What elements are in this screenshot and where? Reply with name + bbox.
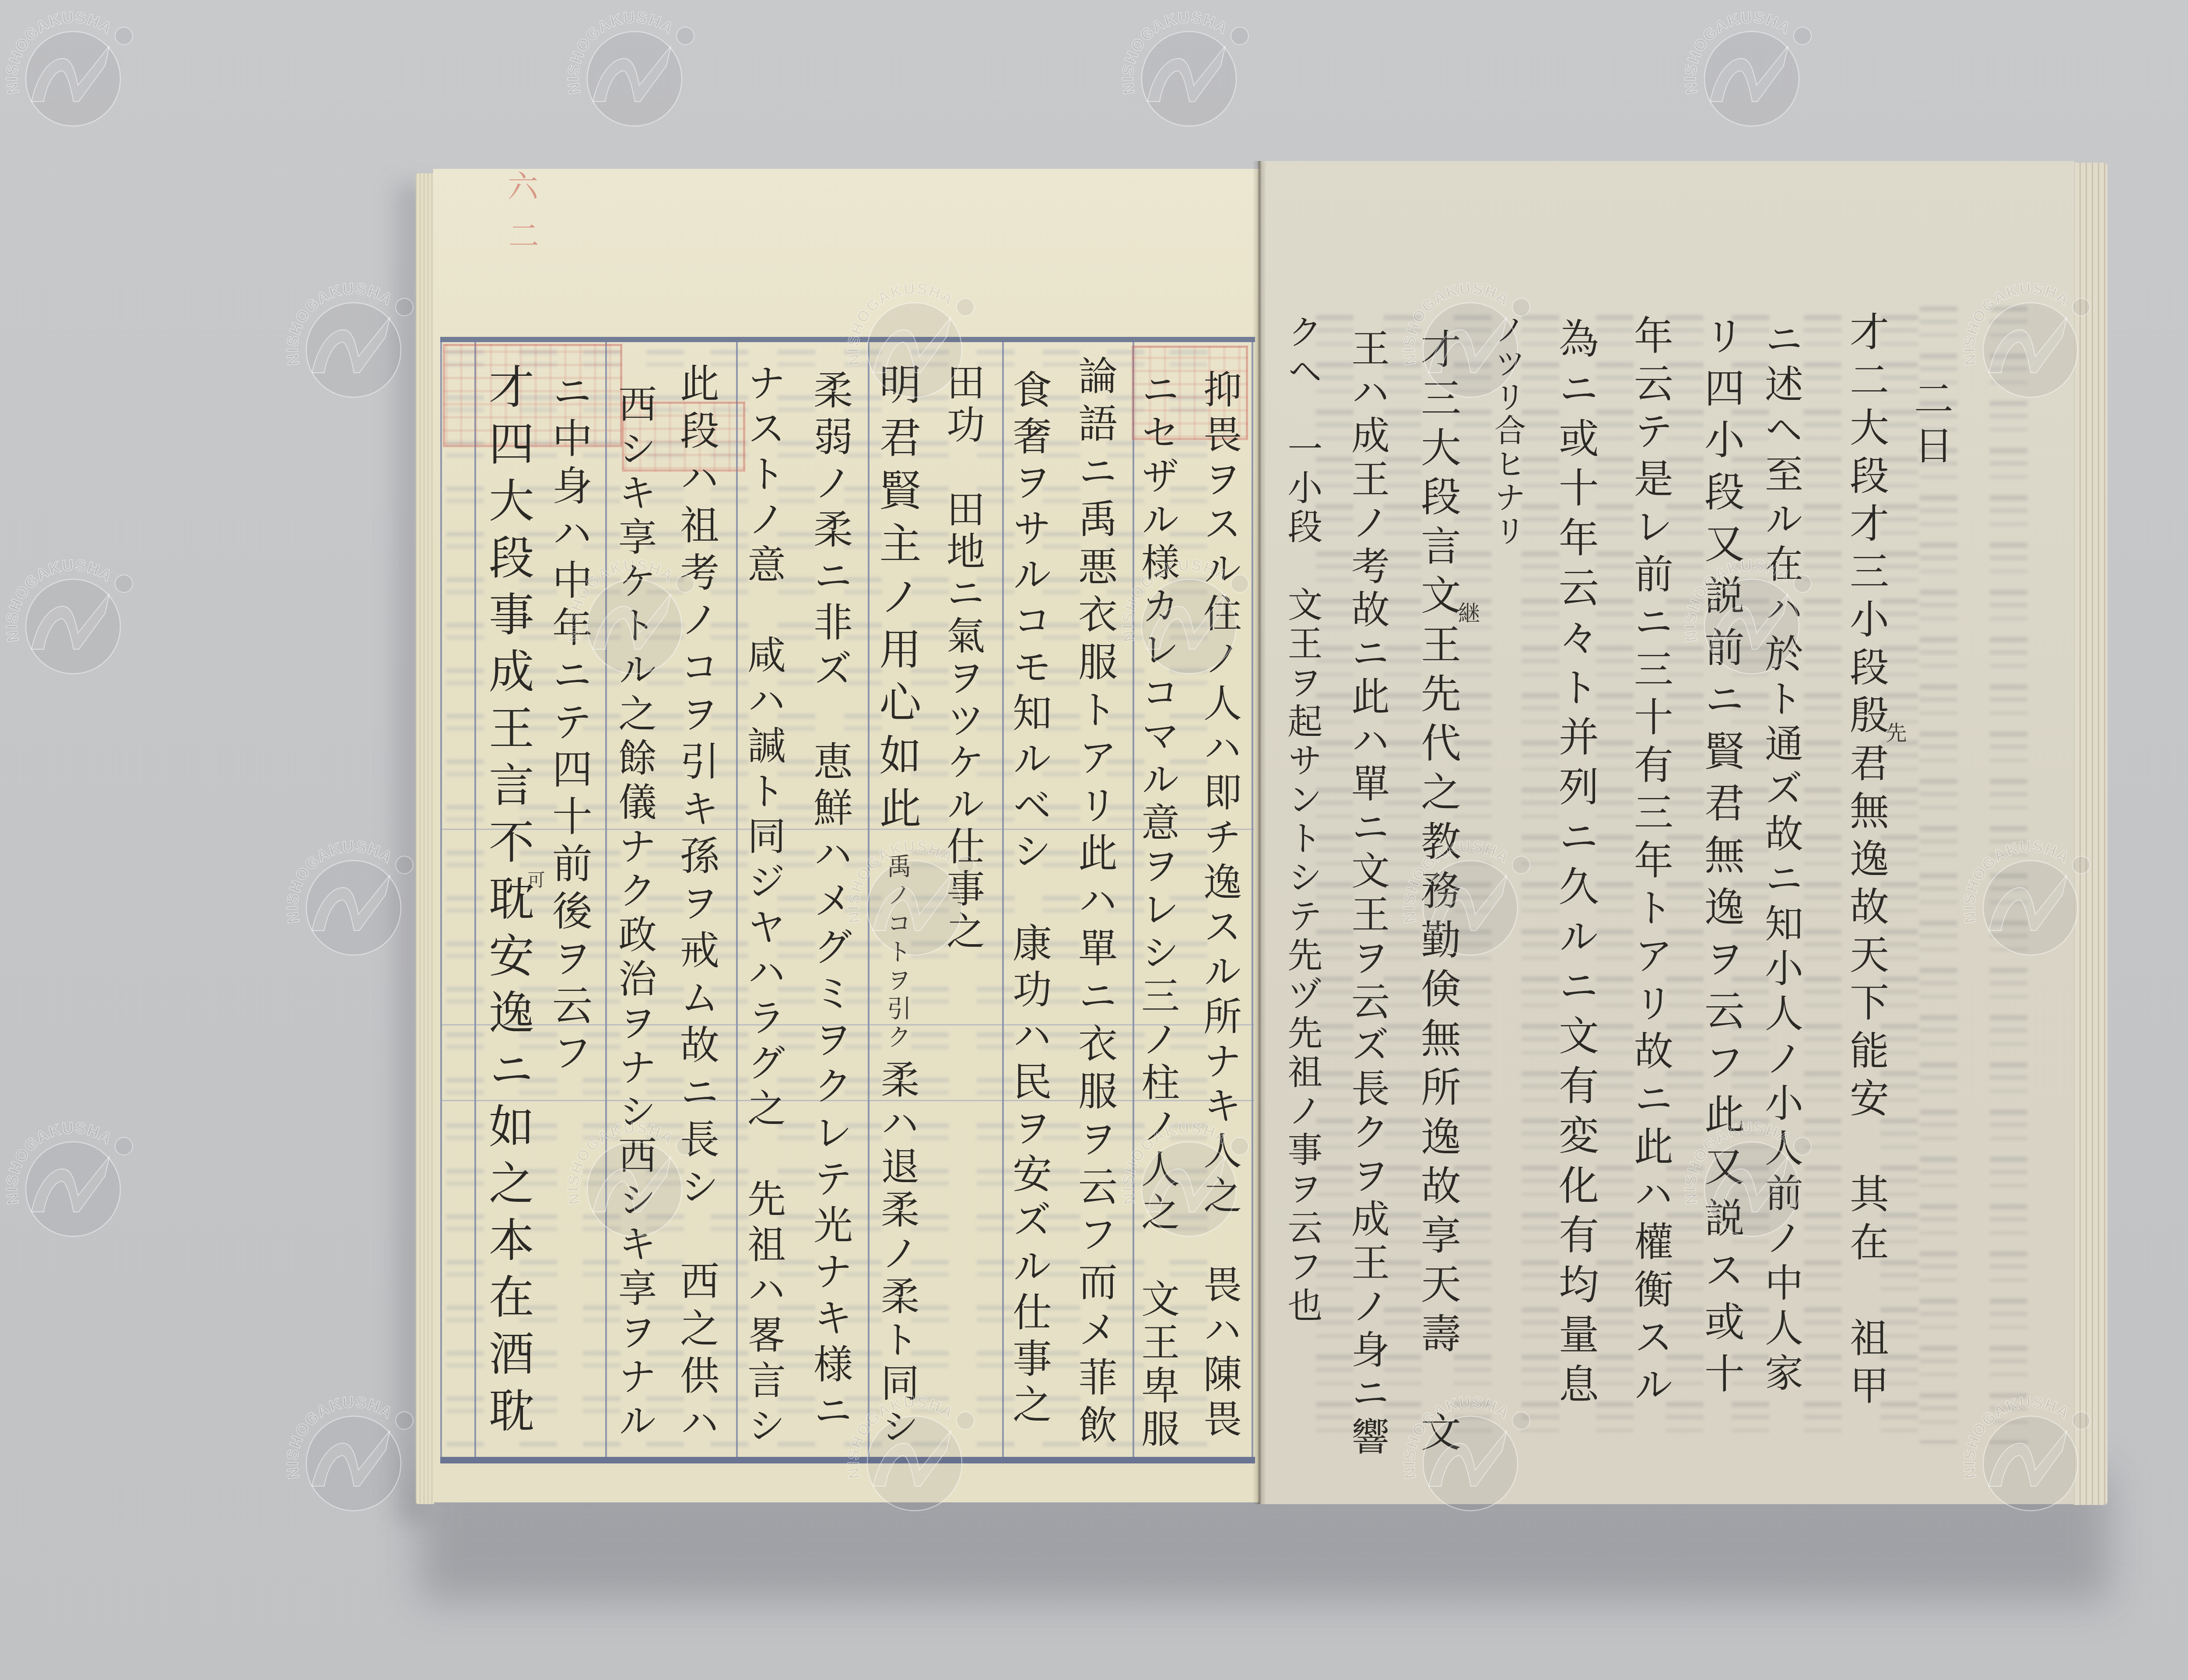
interlinear-note: 先	[1884, 722, 1905, 743]
ruled-frame-left	[440, 339, 442, 1459]
text-column: クヘ 一小段 文王ヲ起サントシテ先ヅ先祖ノ事ヲ云フ也	[1284, 314, 1319, 1326]
text-column: 才二大段才三小段殷君無逸故天下能安 其在 祖甲	[1846, 311, 1885, 1413]
text-column: 抑畏ヲスル住ノ人ハ即チ逸スル所ナキ人之 畏ハ陳畏	[1200, 369, 1239, 1443]
text-column: 二日	[1910, 378, 1950, 472]
text-column: リ四小段又説前ニ賢君無逸ヲ云フ此又説ス或十	[1701, 315, 1741, 1405]
text-column: ノツリ合ヒナリ	[1492, 313, 1523, 548]
text-column: ニセザル様カレコマル意ヲレシ三ノ柱ノ人之 文王卑服	[1138, 369, 1177, 1452]
text-column: ナストノ意 咸ハ諴ト同ジヤハラグ之 先祖ハ畧言シ	[744, 363, 783, 1450]
book-gutter	[1252, 161, 1266, 1504]
interlinear-note: 禹ノコトヲ引ク	[885, 854, 909, 1053]
text-column: ニ述ヘ至ル在ハ於ト通ズ故ニ知小人ノ小人前ノ中人家	[1762, 319, 1800, 1397]
text-column: ニ中身ハ中年ニテ四十前後ヲ云フ	[549, 370, 589, 1079]
ruled-column-line	[1133, 342, 1134, 1458]
text-column: 此段ハ祖考ノコヲ引キ孫ヲ戒ム故ニ長シ 西之供ハ	[676, 363, 715, 1449]
interlinear-note: 可	[526, 871, 543, 888]
text-column: 論語ニ禹悪衣服トアリ此ハ單ニ衣服ヲ云フ而メ菲飲	[1074, 355, 1114, 1452]
text-column-lower: 柔ハ退柔ノ柔ト同シ	[878, 1060, 916, 1449]
text-column: 才三大段言文王先代之教務勤倹無所逸故享天壽 文	[1417, 328, 1458, 1460]
ruled-frame-right	[1252, 342, 1253, 1458]
text-column: 王ハ成王ノ考故ニ此ハ單ニ文王ヲ云ズ長クヲ成王ノ身ニ響	[1348, 328, 1387, 1460]
ruled-frame-bottom	[440, 1457, 1255, 1463]
right-page-stack-edge	[2073, 163, 2107, 1505]
text-column-upper: 明君賢主ノ用心如此	[876, 363, 918, 839]
watermark-logo	[0, 0, 140, 140]
bleed-through-ghost-text	[1920, 306, 1957, 1444]
text-column: 田功 田地ニ氣ヲツケル仕事之	[943, 362, 982, 953]
margin-mark: 六	[508, 171, 538, 202]
left-page-stack-edge	[416, 173, 434, 1504]
ruled-frame-top	[440, 337, 1255, 342]
interlinear-note: 継	[1456, 602, 1478, 623]
watermark-logo	[561, 0, 701, 140]
watermark-logo	[1679, 0, 1819, 140]
ruled-column-line	[736, 342, 738, 1458]
text-column: 西シキ享ケトル之餘儀ナク政治ヲナシ西シキ享ヲナル	[615, 384, 654, 1445]
watermark-logo	[1116, 0, 1256, 140]
ruled-column-line	[605, 342, 607, 1458]
margin-mark: 二	[508, 221, 539, 252]
text-column: 食奢ヲサルコモ知ルベシ 康功ハ民ヲ安ズル仕事之	[1009, 369, 1048, 1430]
ruled-column-line	[868, 342, 870, 1458]
text-column: 年云テ是レ前ニ三十有三年トアリ故ニ此ハ權衡スル	[1630, 315, 1669, 1412]
ruled-column-line	[1002, 342, 1004, 1458]
watermark-logo	[0, 1110, 140, 1250]
text-column: 為ニ或十年云々ト并列ニ久ルニ文有変化有均量息	[1555, 318, 1595, 1413]
text-column: 柔弱ノ柔ニ非ズ 恵鮮ハメグミヲクレテ光ナキ様ニ	[810, 370, 849, 1436]
text-column: 才四大段事成王言不耽安逸ニ如之本在酒耽	[485, 363, 530, 1444]
ruled-column-line	[474, 342, 476, 1458]
watermark-logo	[0, 548, 140, 688]
bleed-through-ghost-text	[446, 350, 484, 1452]
bleed-through-ghost-text	[1990, 306, 2027, 1444]
photo-canvas: 六 二 二日 才二大段才三小段殷君無逸故天下能安 其在 祖甲 先 ニ述ヘ至ル在ハ…	[0, 0, 2188, 1680]
bleed-through-ghost-text	[1804, 315, 1841, 1444]
